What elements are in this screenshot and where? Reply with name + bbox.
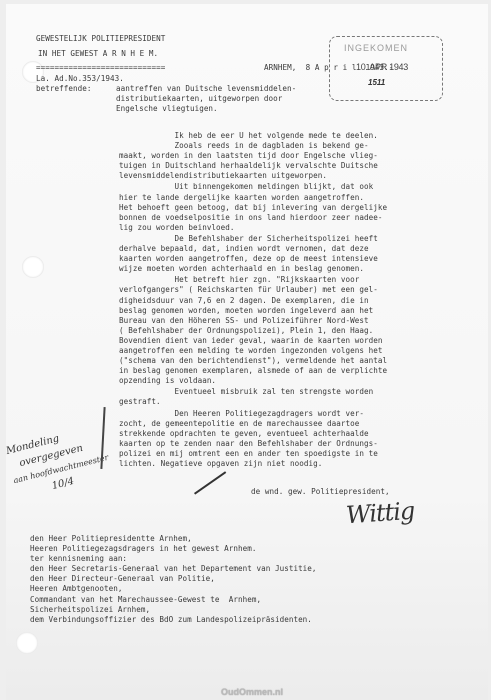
body-line: zocht, de gemeentepolitie en de marechau… <box>119 419 387 429</box>
subject-line: Engelsche vliegtuigen. <box>116 104 218 114</box>
recipients-list: den Heer Politiepresidentte Arnhem,Heere… <box>30 534 317 625</box>
recipient-line: ter kennisneming aan: <box>30 554 317 564</box>
recipient-line: den Heer Politiepresidentte Arnhem, <box>30 534 317 544</box>
body-line: verlofgangers" ( Reichskarten für Urlaub… <box>119 285 387 295</box>
subject-line: distributiekaarten, uitgeworpen door <box>116 94 282 104</box>
body-line: Bovendien dient van ieder geval, waarin … <box>119 336 387 346</box>
punch-hole <box>22 256 44 278</box>
body-line: Uit binnengekomen meldingen blijkt, dat … <box>119 182 387 192</box>
handwritten-signature: Wittig <box>345 497 415 530</box>
body-line: levensmiddelendistributiekaarten uitgewo… <box>119 171 387 181</box>
body-line: polizei en mij omtrent een en ander ten … <box>119 449 387 459</box>
stamp-date: 10. APR 1943 <box>356 62 408 72</box>
body-line: Ik heb de eer U het volgende mede te dee… <box>119 131 387 141</box>
body-line: Eventueel misbruik zal ten strengste wor… <box>119 387 387 397</box>
body-line: gestraft. <box>119 397 387 407</box>
pen-stroke <box>194 471 226 494</box>
reference-number: La. Ad.No.353/1943. <box>36 74 124 84</box>
body-line: beslag genomen worden, moeten worden ing… <box>119 306 387 316</box>
body-line: Zooals reeds in de dagbladen is bekend g… <box>119 141 387 151</box>
body-line: Den Heeren Politiegezagdragers wordt ver… <box>119 409 387 419</box>
body-line: lig zou worden beinvloed. <box>119 223 387 233</box>
recipient-line: Commandant van het Marechaussee-Gewest t… <box>30 595 317 605</box>
body-line: ("schema van den berichtendienst"), verm… <box>119 356 387 366</box>
body-line: in beslag genomen exemplaren, alsmede of… <box>119 366 387 376</box>
recipient-line: dem Verbindungsoffizier des BdO zum Land… <box>30 615 317 625</box>
watermark: OudOmmen.nl <box>221 687 283 697</box>
subject-label: betreffende: <box>36 84 91 94</box>
body-line: bonnen de voedselpositie in ons land hie… <box>119 213 387 223</box>
body-line: De Befehlshaber der Sicherheitspolizei h… <box>119 234 387 244</box>
body-line: ( Befehlshaber der Ordnungspolizei), Ple… <box>119 326 387 336</box>
header-rule: ============================ <box>36 63 165 73</box>
punch-hole <box>16 632 38 654</box>
body-line: wijze moeten worden achterhaald en in be… <box>119 264 387 274</box>
body-line: Het behoeft geen betoog, dat bij inlever… <box>119 203 387 213</box>
org-line-2: IN HET GEWEST A R N H E M. <box>38 49 158 59</box>
body-line: hier te lande dergelijke kaarten worden … <box>119 193 387 203</box>
body-line: aangetroffen een melding te worden ingez… <box>119 346 387 356</box>
signature-title: de wnd. gew. Politiepresident, <box>251 487 390 497</box>
body-line: strekkende opdrachten te geven, eventuee… <box>119 429 387 439</box>
body-line: lichten. Negatieve opgaven zijn niet noo… <box>119 459 387 469</box>
recipient-line: Sicherheitspolizei Arnhem, <box>30 605 317 615</box>
body-line: maakt, worden in den laatsten tijd door … <box>119 151 387 161</box>
body-line: Bureau van den Höheren SS- und Polizeifü… <box>119 316 387 326</box>
document-page: GEWESTELIJK POLITIEPRESIDENT IN HET GEWE… <box>6 4 488 700</box>
body-line: opzending is voldaan. <box>119 376 387 386</box>
letter-body: Ik heb de eer U het volgende mede te dee… <box>119 131 387 469</box>
subject-line: aantreffen van Duitsche levensmiddelen- <box>116 84 296 94</box>
recipient-line: Heeren Ambtgenooten, <box>30 584 317 594</box>
body-line: derhalve bepaald, dat, indien wordt vern… <box>119 244 387 254</box>
received-stamp: INGEKOMEN 10. APR 1943 1511 <box>329 36 443 101</box>
body-line: Het betreft hier zgn. "Rijkskaarten voor <box>119 275 387 285</box>
recipient-line: den Heer Secretaris-Generaal van het Dep… <box>30 564 317 574</box>
margin-note: Mondeling overgegeven aan hoofdwachtmees… <box>5 415 136 502</box>
body-line: kaarten worden aangetroffen, deze op de … <box>119 254 387 264</box>
recipient-line: den Heer Directeur-Generaal van Politie, <box>30 574 317 584</box>
body-line: tuigen in Duitschland herhaaldelijk verv… <box>119 161 387 171</box>
stamp-label: INGEKOMEN <box>344 43 408 53</box>
org-line-1: GEWESTELIJK POLITIEPRESIDENT <box>36 34 165 44</box>
recipient-line: Heeren Politiegezagsdragers in het gewes… <box>30 544 317 554</box>
body-line: kaarten op te zenden naar den Befehlshab… <box>119 439 387 449</box>
stamp-number: 1511 <box>368 78 385 87</box>
body-line: digheidsduur van 7,6 en 2 dagen. De exem… <box>119 296 387 306</box>
